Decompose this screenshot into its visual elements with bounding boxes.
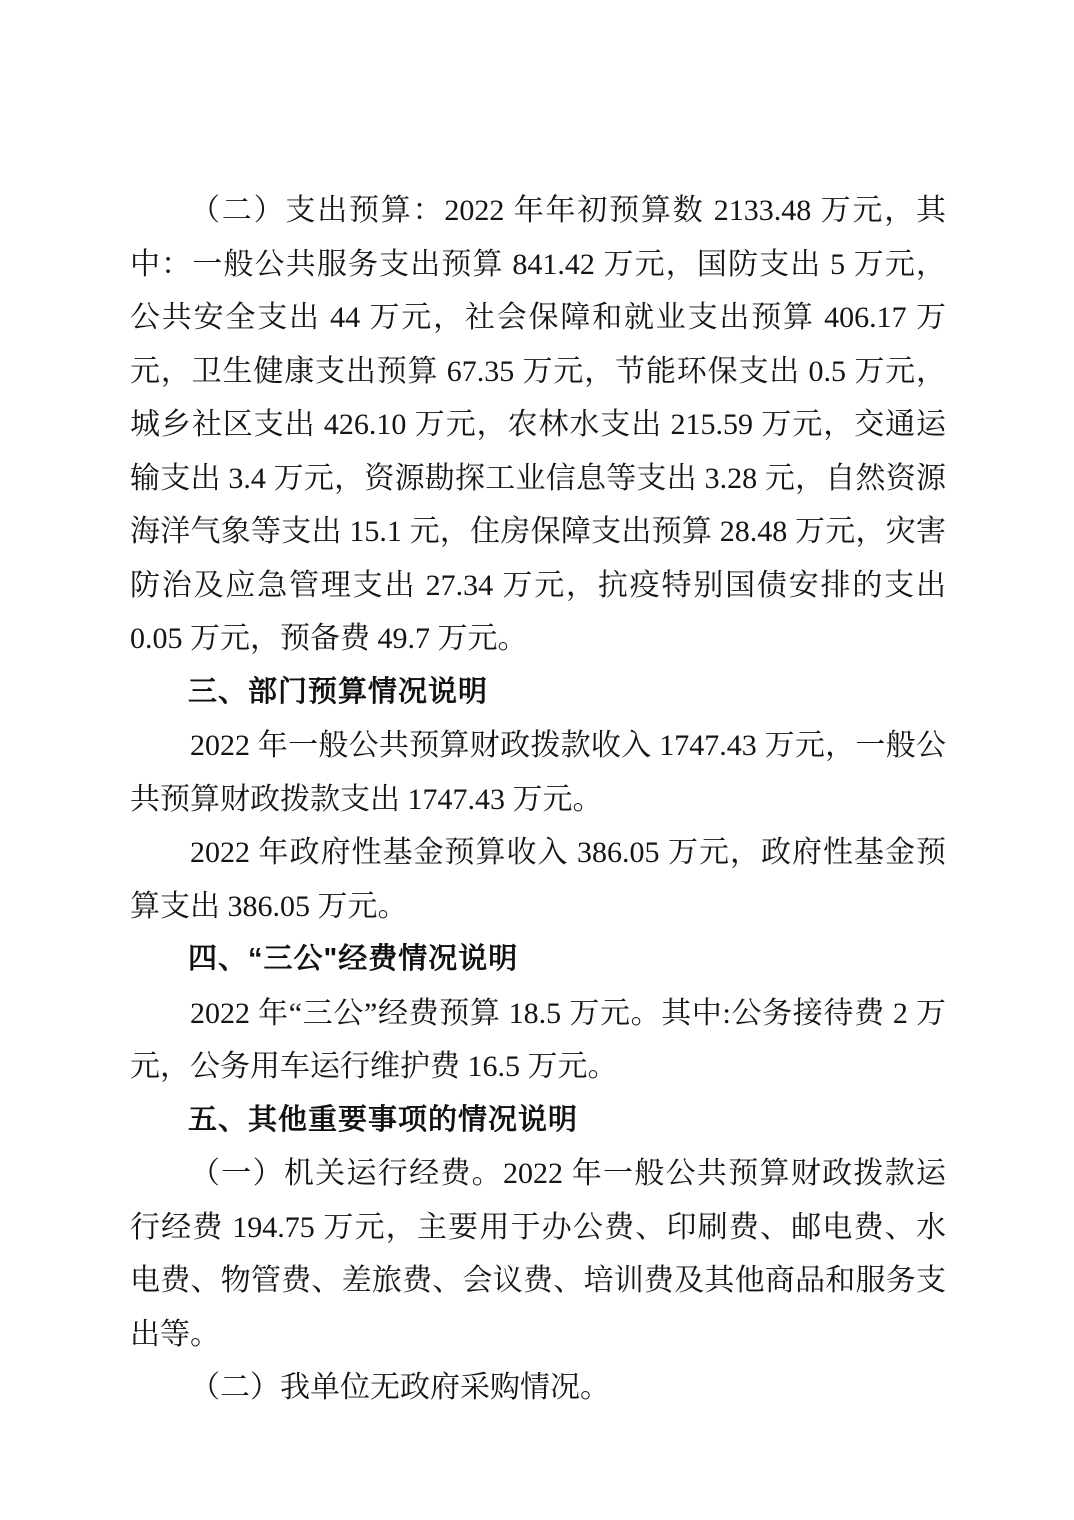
document-page: （二）支出预算：2022 年年初预算数 2133.48 万元，其中：一般公共服务… (0, 0, 1074, 1520)
section-heading: 三、部门预算情况说明 (130, 666, 946, 720)
section-heading: 四、“三公"经费情况说明 (130, 933, 946, 987)
body-paragraph: （一）机关运行经费。2022 年一般公共预算财政拨款运行经费 194.75 万元… (130, 1147, 946, 1361)
section-heading: 五、其他重要事项的情况说明 (130, 1094, 946, 1148)
body-paragraph: （二）支出预算：2022 年年初预算数 2133.48 万元，其中：一般公共服务… (130, 184, 946, 666)
body-paragraph: 2022 年一般公共预算财政拨款收入 1747.43 万元，一般公共预算财政拨款… (130, 719, 946, 826)
body-paragraph: 2022 年“三公”经费预算 18.5 万元。其中:公务接待费 2 万元，公务用… (130, 987, 946, 1094)
body-paragraph: （二）我单位无政府采购情况。 (130, 1361, 946, 1415)
document-content: （二）支出预算：2022 年年初预算数 2133.48 万元，其中：一般公共服务… (130, 184, 946, 1415)
body-paragraph: 2022 年政府性基金预算收入 386.05 万元，政府性基金预算支出 386.… (130, 826, 946, 933)
